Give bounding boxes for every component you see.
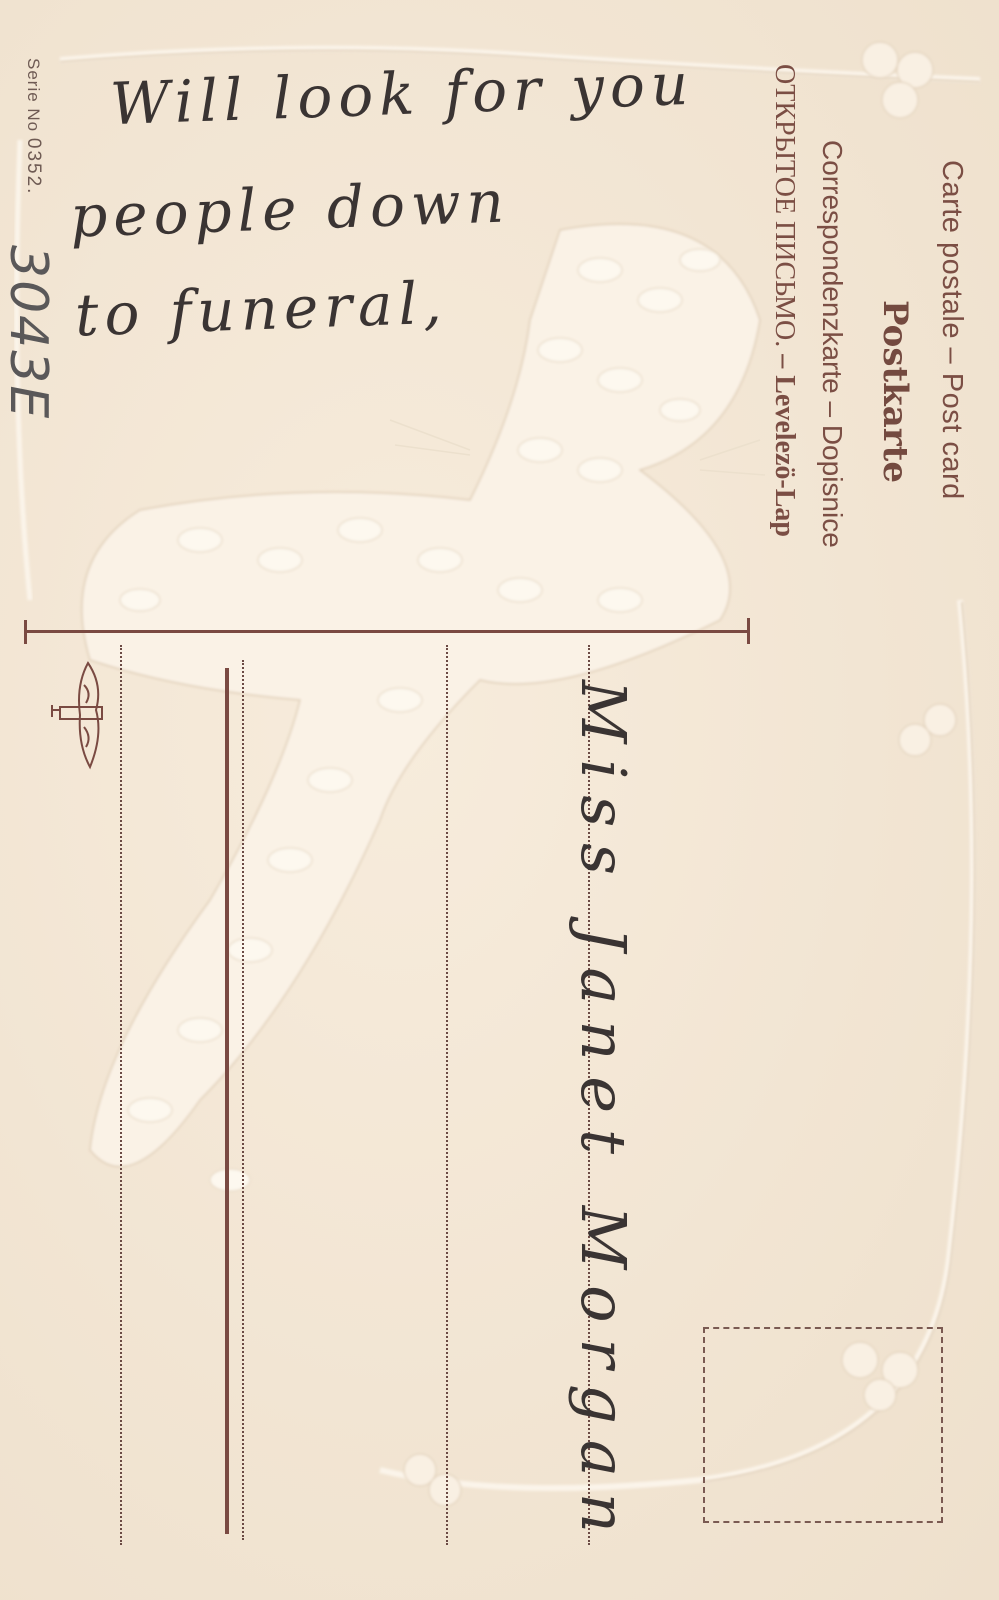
divider-end-cap-left	[24, 620, 27, 644]
series-label: Serie No	[24, 58, 43, 132]
series-number: Serie No 0352.	[22, 58, 44, 195]
address-line-3	[446, 645, 448, 1545]
header-russian: ОТКРЫТОЕ ПИСЬМО.	[769, 64, 800, 347]
divider-end-cap-right	[747, 618, 750, 644]
pencil-inventory-mark: 3043E	[0, 245, 58, 420]
winged-anchor-logo-icon	[48, 655, 108, 775]
postcard-back: Carte postale – Post card Postkarte Corr…	[0, 0, 999, 1600]
address-line-1	[120, 645, 122, 1545]
header-levelezo-lap: – Levelezö-Lap	[769, 354, 800, 537]
message-line-2: people down	[69, 167, 511, 250]
message-line-1: Will look for you	[109, 50, 695, 138]
header-carte-postale: Carte postale – Post card	[935, 160, 968, 500]
series-value: 0352.	[23, 138, 44, 196]
message-line-3: to funeral,	[74, 269, 449, 350]
address-line-2	[242, 660, 244, 1540]
header-otkrytoe-pismo: ОТКРЫТОЕ ПИСЬМО. – Levelezö-Lap	[768, 64, 800, 537]
header-correspondenzkarte: Correspondenzkarte – Dopisnice	[816, 140, 848, 548]
recipient-address: Miss Janet Morgan	[567, 680, 640, 1549]
header-postkarte: Postkarte	[875, 300, 915, 483]
horizontal-divider	[24, 630, 750, 633]
vertical-divider	[225, 668, 229, 1534]
stamp-placeholder-box	[703, 1327, 943, 1523]
